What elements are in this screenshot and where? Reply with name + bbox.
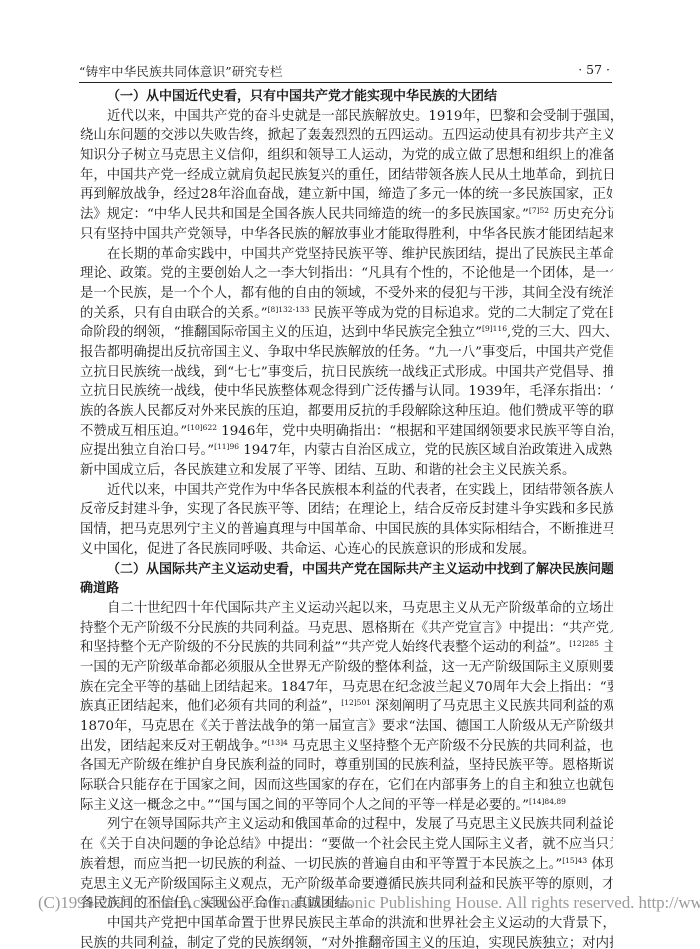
text-line: 民族的共同利益，制定了党的民族纲领，“对外推翻帝国主义的压迫，实现民族独立；对内…: [80, 934, 613, 949]
line-text: 主张任何: [599, 640, 613, 655]
line-text: 知识分子树立马克思主义信仰，组织和领导工人运动，为党的成立做了思想和组织上的准备…: [80, 148, 613, 163]
line-text: ,党的三大、四大、六大: [507, 325, 613, 340]
line-text: 不赞成互相压迫。”: [80, 424, 187, 439]
citation-ref: [8]132-133: [268, 305, 310, 314]
text-line: 报告都明确提出反抗帝国主义、争取中华民族解放的任务。“九一八”事变后，中国共产党…: [80, 343, 613, 363]
line-text: 理论、政策。党的主要创始人之一李大钊指出：“凡具有个性的，不论他是一个团体，是一…: [80, 266, 613, 281]
column-title: “铸牢中华民族共同体意识”研究专栏: [79, 62, 283, 80]
citation-ref: [10]622: [187, 423, 217, 432]
line-text: 际联合只能存在于国家之间，因而这些国家的存在，它们在内部事务上的自主和独立也就包…: [80, 778, 613, 793]
text-line: 族着想，而应当把一切民族的利益、一切民族的普遍自由和平等置于本民族之上。”[15…: [80, 855, 613, 875]
text-line: 再到解放战争，经过28年浴血奋战，建立新中国，缔造了多元一体的统一多民族国家，正…: [80, 185, 613, 205]
text-line: 自二十世纪四十年代国际共产主义运动兴起以来，马克思主义从无产阶级革命的立场出发，…: [80, 599, 613, 619]
text-line: 不赞成互相压迫。”[10]622 1946年，党中央明确指出：“根据和平建国纲领…: [80, 422, 613, 442]
line-text: 历史充分证明，: [549, 207, 613, 222]
citation-ref: [12]285: [569, 639, 599, 648]
paragraph: 近代以来，中国共产党的奋斗史就是一部民族解放史。1919年，巴黎和会受制于强国，…: [80, 107, 613, 245]
line-text: 在《关于自决问题的争论总结》中提出：“要做一个社会民主党人国际主义者，就不应当只…: [80, 837, 613, 852]
running-header: “铸牢中华民族共同体意识”研究专栏 · 57 ·: [79, 60, 612, 83]
line-text: 族的各族人民都反对外来民族的压迫，都要用反抗的手段解除这种压迫。他们赞成平等的联…: [80, 404, 613, 419]
line-text: 一国的无产阶级革命都必须服从全世界无产阶级的整体利益，这一无产阶级国际主义原则要…: [80, 660, 613, 675]
text-line: 族真正团结起来，他们必须有共同的利益”，[12]501 深刻阐明了马克思主义民族…: [80, 697, 613, 717]
text-line: 1870年，马克思在《关于普法战争的第一届宣言》要求“法国、德国工人阶级从无产阶…: [80, 717, 613, 737]
text-line: 年，中国共产党一经成立就肩负起民族复兴的重任，团结带领各族人民从土地革命，到抗日…: [80, 166, 613, 186]
text-line: 克思主义无产阶级国际主义观点，无产阶级革命要遵循民族共同利益和民族平等的原则，才…: [80, 875, 613, 895]
line-text: 年，中国共产党一经成立就肩负起民族复兴的重任，团结带领各族人民从土地革命，到抗日…: [80, 168, 613, 183]
line-text: 近代以来，中国共产党作为中华各民族根本利益的代表者，在实践上，团结带领各族人民进…: [107, 483, 613, 498]
line-text: 报告都明确提出反抗帝国主义、争取中华民族解放的任务。“九一八”事变后，中国共产党…: [80, 345, 613, 360]
line-text: 1946年，党中央明确指出：“根据和平建国纲领要求民族平等自治，但不: [217, 424, 613, 439]
text-line: 绕山东问题的交涉以失败告终，掀起了轰轰烈烈的五四运动。五四运动使具有初步共产主义…: [80, 126, 613, 146]
line-text: 只有坚持中国共产党领导，中华各民族的解放事业才能取得胜利，中华各民族才能团结起来…: [80, 227, 613, 242]
text-line: 近代以来，中国共产党的奋斗史就是一部民族解放史。1919年，巴黎和会受制于强国，…: [80, 107, 613, 127]
page-number: · 57 ·: [578, 62, 610, 77]
citation-ref: [9]116: [482, 324, 507, 333]
line-text: 在长期的革命实践中，中国共产党坚持民族平等、维护民族团结，提出了民族民主革命的正…: [107, 247, 613, 262]
text-line: 族的各族人民都反对外来民族的压迫，都要用反抗的手段解除这种压迫。他们赞成平等的联…: [80, 402, 613, 422]
text-line: 法》规定：“中华人民共和国是全国各族人民共同缔造的统一的多民族国家。”[7]52…: [80, 205, 613, 225]
line-text: 反帝反封建斗争，实现了各民族平等、团结；在理论上，结合反帝反封建斗争实践和多民族…: [80, 502, 613, 517]
section-heading: 确道路: [80, 579, 613, 599]
line-text: 绕山东问题的交涉以失败告终，掀起了轰轰烈烈的五四运动。五四运动使具有初步共产主义…: [80, 128, 613, 143]
text-line: 立抗日民族统一战线，使中华民族整体观念得到广泛传播与认同。1939年，毛泽东指出…: [80, 382, 613, 402]
paragraph: 中国共产党把中国革命置于世界民族民主革命的洪流和世界社会主义运动的大背景下，坚持…: [80, 914, 613, 949]
text-line: 应提出独立自治口号。”[11]96 1947年，内蒙古自治区成立，党的民族区域自…: [80, 441, 613, 461]
text-line: 在长期的革命实践中，中国共产党坚持民族平等、维护民族团结，提出了民族民主革命的正…: [80, 245, 613, 265]
copyright-watermark: (C)1994-2021 China Academic Journal Elec…: [38, 893, 652, 913]
citation-ref: [12]501: [341, 698, 371, 707]
line-text: 出发，团结起来反对王朝战争。”: [80, 739, 268, 754]
text-line: 族在完全平等的基础上团结起来。1847年，马克思在纪念波兰起义70周年大会上指出…: [80, 678, 613, 698]
line-text: 和坚持整个无产阶级的不分民族的共同利益”“共产党人始终代表整个运动的利益”。: [80, 640, 569, 655]
section-heading: （一）从中国近代史看，只有中国共产党才能实现中华民族的大团结: [80, 87, 613, 107]
line-text: 马克思主义坚持整个无产阶级不分民族的共同利益，也要求: [288, 739, 613, 754]
line-text: 中国共产党把中国革命置于世界民族民主革命的洪流和世界社会主义运动的大背景下，坚持…: [107, 916, 613, 931]
text-line: 立抗日民族统一战线，到“七七”事变后，抗日民族统一战线正式形成。中国共产党倡导、…: [80, 363, 613, 383]
line-text: 立抗日民族统一战线，使中华民族整体观念得到广泛传播与认同。1939年，毛泽东指出…: [80, 384, 613, 399]
line-text: 法》规定：“中华人民共和国是全国各族人民共同缔造的统一的多民族国家。”: [80, 207, 529, 222]
line-text: 义中国化，促进了各民族同呼吸、共命运、心连心的民族意识的形成和发展。: [80, 542, 535, 557]
text-line: 际主义这一概念之中。”“国与国之间的平等同个人之间的平等一样是必要的。”[14]…: [80, 796, 613, 816]
line-text: 近代以来，中国共产党的奋斗史就是一部民族解放史。1919年，巴黎和会受制于强国，…: [107, 109, 613, 124]
line-text: 克思主义无产阶级国际主义观点，无产阶级革命要遵循民族共同利益和民族平等的原则，才…: [80, 877, 613, 892]
text-line: 各国无产阶级在维护自身民族利益的同时，尊重别国的民族利益，坚持民族平等。恩格斯说…: [80, 756, 613, 776]
text-line: 持整个无产阶级不分民族的共同利益。马克思、恩格斯在《共产党宣言》中提出：“共产党…: [80, 619, 613, 639]
line-text: 深刻阐明了马克思主义民族共同利益的观点。: [371, 699, 613, 714]
line-text: 国情，把马克思列宁主义的普遍真理与中国革命、中国民族的具体实际相结合，不断推进马…: [80, 522, 613, 537]
line-text: 的关系，只有自由联合的关系。”: [80, 306, 268, 321]
line-text: 列宁在领导国际共产主义运动和俄国革命的过程中，发展了马克思主义民族共同利益论。列…: [107, 817, 613, 832]
article-body: （一）从中国近代史看，只有中国共产党才能实现中华民族的大团结近代以来，中国共产党…: [80, 87, 613, 949]
line-text: 是一个民族，是一个个人，都有他的自由的领域，不受外来的侵犯与干涉，其间全没有统治…: [80, 286, 613, 301]
line-text: 新中国成立后，各民族建立和发展了平等、团结、互助、和谐的社会主义民族关系。: [80, 463, 575, 478]
line-text: 族在完全平等的基础上团结起来。1847年，马克思在纪念波兰起义70周年大会上指出…: [80, 680, 613, 695]
line-text: 1947年，内蒙古自治区成立，党的民族区域自治政策进入成熟阶段。: [239, 443, 613, 458]
line-text: 自二十世纪四十年代国际共产主义运动兴起以来，马克思主义从无产阶级革命的立场出发，…: [107, 601, 613, 616]
section-heading: （二）从国际共产主义运动史看，中国共产党在国际共产主义运动中找到了解决民族问题的…: [80, 560, 613, 580]
text-line: 中国共产党把中国革命置于世界民族民主革命的洪流和世界社会主义运动的大背景下，坚持…: [80, 914, 613, 934]
text-line: 新中国成立后，各民族建立和发展了平等、团结、互助、和谐的社会主义民族关系。: [80, 461, 613, 481]
line-text: 持整个无产阶级不分民族的共同利益。马克思、恩格斯在《共产党宣言》中提出：“共产党…: [80, 621, 613, 636]
line-text: 再到解放战争，经过28年浴血奋战，建立新中国，缔造了多元一体的统一多民族国家，正…: [80, 187, 613, 202]
line-text: 族着想，而应当把一切民族的利益、一切民族的普遍自由和平等置于本民族之上。”: [80, 857, 562, 872]
text-line: 义中国化，促进了各民族同呼吸、共命运、心连心的民族意识的形成和发展。: [80, 540, 613, 560]
citation-ref: [13]4: [268, 738, 288, 747]
line-text: 族真正团结起来，他们必须有共同的利益”，: [80, 699, 341, 714]
text-line: 理论、政策。党的主要创始人之一李大钊指出：“凡具有个性的，不论他是一个团体，是一…: [80, 264, 613, 284]
text-line: 出发，团结起来反对王朝战争。”[13]4 马克思主义坚持整个无产阶级不分民族的共…: [80, 737, 613, 757]
text-line: 命阶段的纲领，“推翻国际帝国主义的压迫，达到中华民族完全独立”[9]116,党的…: [80, 323, 613, 343]
text-line: 际联合只能存在于国家之间，因而这些国家的存在，它们在内部事务上的自主和独立也就包…: [80, 776, 613, 796]
text-line: 是一个民族，是一个个人，都有他的自由的领域，不受外来的侵犯与干涉，其间全没有统治…: [80, 284, 613, 304]
paragraph: 在长期的革命实践中，中国共产党坚持民族平等、维护民族团结，提出了民族民主革命的正…: [80, 245, 613, 481]
citation-ref: [11]96: [214, 442, 239, 451]
text-line: 近代以来，中国共产党作为中华各民族根本利益的代表者，在实践上，团结带领各族人民进…: [80, 481, 613, 501]
citation-ref: [7]52: [529, 206, 549, 215]
citation-ref: [14]84,89: [529, 797, 566, 806]
text-line: 在《关于自决问题的争论总结》中提出：“要做一个社会民主党人国际主义者，就不应当只…: [80, 835, 613, 855]
text-line: 的关系，只有自由联合的关系。”[8]132-133 民族平等成为党的目标追求。党…: [80, 304, 613, 324]
line-text: 应提出独立自治口号。”: [80, 443, 214, 458]
line-text: 各国无产阶级在维护自身民族利益的同时，尊重别国的民族利益，坚持民族平等。恩格斯说…: [80, 758, 613, 773]
text-line: 反帝反封建斗争，实现了各民族平等、团结；在理论上，结合反帝反封建斗争实践和多民族…: [80, 500, 613, 520]
section: （二）从国际共产主义运动史看，中国共产党在国际共产主义运动中找到了解决民族问题的…: [80, 560, 613, 949]
line-text: 民族的共同利益，制定了党的民族纲领，“对外推翻帝国主义的压迫，实现民族独立；对内…: [80, 936, 613, 949]
paragraph: 近代以来，中国共产党作为中华各民族根本利益的代表者，在实践上，团结带领各族人民进…: [80, 481, 613, 560]
line-text: 体现了马: [587, 857, 613, 872]
paragraph: 自二十世纪四十年代国际共产主义运动兴起以来，马克思主义从无产阶级革命的立场出发，…: [80, 599, 613, 816]
text-line: 只有坚持中国共产党领导，中华各民族的解放事业才能取得胜利，中华各民族才能团结起来…: [80, 225, 613, 245]
text-line: 知识分子树立马克思主义信仰，组织和领导工人运动，为党的成立做了思想和组织上的准备…: [80, 146, 613, 166]
text-line: 列宁在领导国际共产主义运动和俄国革命的过程中，发展了马克思主义民族共同利益论。列…: [80, 815, 613, 835]
citation-ref: [15]43: [562, 856, 587, 865]
line-text: 1870年，马克思在《关于普法战争的第一届宣言》要求“法国、德国工人阶级从无产阶…: [80, 719, 613, 734]
line-text: 命阶段的纲领，“推翻国际帝国主义的压迫，达到中华民族完全独立”: [80, 325, 482, 340]
text-line: 国情，把马克思列宁主义的普遍真理与中国革命、中国民族的具体实际相结合，不断推进马…: [80, 520, 613, 540]
line-text: 立抗日民族统一战线，到“七七”事变后，抗日民族统一战线正式形成。中国共产党倡导、…: [80, 365, 613, 380]
text-line: 一国的无产阶级革命都必须服从全世界无产阶级的整体利益，这一无产阶级国际主义原则要…: [80, 658, 613, 678]
line-text: 民族平等成为党的目标追求。党的二大制定了党在民主革: [309, 306, 613, 321]
text-line: 和坚持整个无产阶级的不分民族的共同利益”“共产党人始终代表整个运动的利益”。[1…: [80, 638, 613, 658]
section: （一）从中国近代史看，只有中国共产党才能实现中华民族的大团结近代以来，中国共产党…: [80, 87, 613, 560]
line-text: 际主义这一概念之中。”“国与国之间的平等同个人之间的平等一样是必要的。”: [80, 798, 529, 813]
